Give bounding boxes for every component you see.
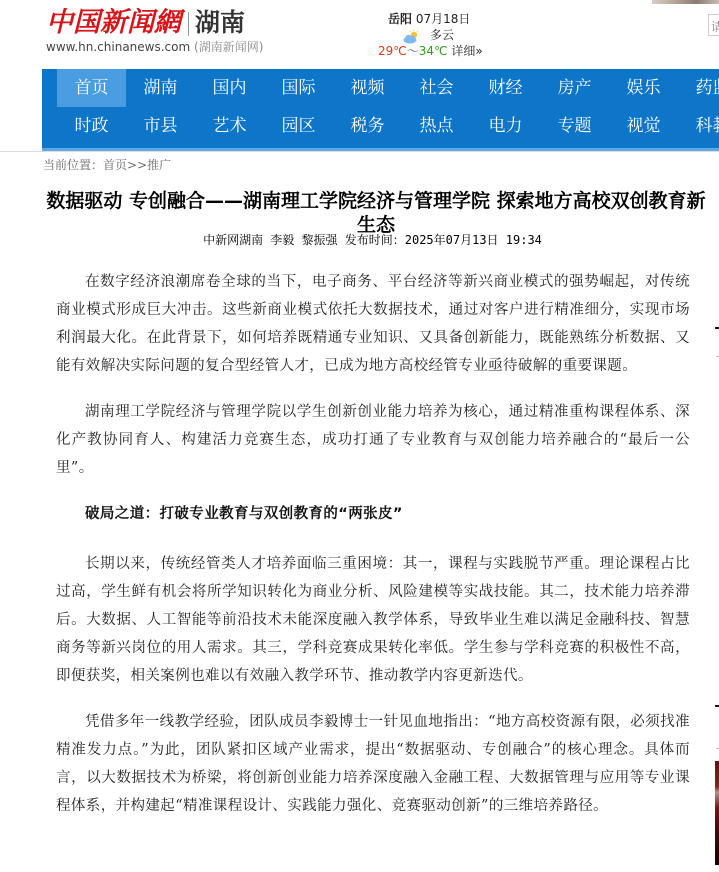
nav-item-finance[interactable]: 财经	[471, 69, 540, 107]
site-logo[interactable]: 中国新闻網 湖南 www.hn.chinanews.com (湖南新闻网)	[44, 6, 274, 58]
logo-url-suffix: (湖南新闻网)	[194, 40, 263, 54]
breadcrumb-home-link[interactable]: 首页	[103, 158, 127, 172]
breadcrumb-separator: >>	[127, 158, 147, 172]
nav-item-domestic[interactable]: 国内	[195, 69, 264, 107]
article-subheading: 破局之道：打破专业教育与双创教育的“两张皮”	[56, 500, 690, 528]
weather-range-separator: ～	[407, 44, 419, 58]
nav-item-society[interactable]: 社会	[402, 69, 471, 107]
main-nav: 首页 湖南 国内 国际 视频 社会 财经 房产 娱乐 药监 时政 市县 艺术 园…	[42, 69, 719, 151]
weather-low-temp: 29℃	[378, 44, 407, 58]
article-paragraph: 湖南理工学院经济与管理学院以学生创新创业能力培养为核心，通过精准重构课程体系、深…	[56, 398, 690, 482]
logo-divider	[188, 12, 189, 36]
weather-date: 07月18日	[416, 12, 471, 26]
nav-item-politics[interactable]: 时政	[57, 107, 126, 145]
article-paragraph: 长期以来，传统经管类人才培养面临三重困境：其一，课程与实践脱节严重。理论课程占比…	[56, 550, 690, 690]
breadcrumb: 当前位置：首页>>推广	[43, 157, 171, 173]
logo-brand: 中国新闻網	[46, 6, 181, 40]
nav-item-hot-topics[interactable]: 热点	[402, 107, 471, 145]
nav-item-arts[interactable]: 艺术	[195, 107, 264, 145]
sidebar-image-fragment[interactable]	[715, 761, 719, 865]
logo-url-domain: www.hn.chinanews.com	[46, 40, 190, 54]
search-input[interactable]: 请	[708, 14, 719, 36]
breadcrumb-label: 当前位置：	[43, 158, 103, 172]
logo-url: www.hn.chinanews.com (湖南新闻网)	[46, 40, 263, 54]
weather-high-temp: 34℃	[419, 44, 448, 58]
nav-item-real-estate[interactable]: 房产	[540, 69, 609, 107]
weather-city: 岳阳	[388, 12, 412, 26]
weather-detail-link[interactable]: 详细»	[451, 44, 482, 58]
logo-region: 湖南	[195, 6, 245, 40]
nav-item-visual[interactable]: 视觉	[609, 107, 678, 145]
breadcrumb-promotion-link[interactable]: 推广	[147, 158, 171, 172]
header-divider	[0, 151, 719, 152]
sidebar-fragment-mark	[715, 327, 719, 329]
nav-item-electric-power[interactable]: 电力	[471, 107, 540, 145]
header-banner-image-fragment	[652, 0, 719, 4]
sidebar-fragment-mark	[715, 705, 719, 707]
nav-item-international[interactable]: 国际	[264, 69, 333, 107]
article-title: 数据驱动 专创融合——湖南理工学院经济与管理学院 探索地方高校双创教育新生态	[40, 189, 712, 237]
nav-item-special-topics[interactable]: 专题	[540, 107, 609, 145]
weather-condition: 多云	[430, 28, 454, 43]
nav-item-parks[interactable]: 园区	[264, 107, 333, 145]
partly-cloudy-icon	[402, 30, 420, 44]
nav-item-taxation[interactable]: 税务	[333, 107, 402, 145]
article-meta: 中新网湖南 李毅 黎振强 发布时间：2025年07月13日 19:34	[0, 232, 719, 248]
weather-widget: 岳阳 07月18日 多云 29℃～34℃ 详细»	[378, 12, 498, 62]
nav-item-entertainment[interactable]: 娱乐	[609, 69, 678, 107]
article-body: 在数字经济浪潮席卷全球的当下，电子商务、平台经济等新兴商业模式的强势崛起，对传统…	[56, 268, 690, 838]
nav-item-home[interactable]: 首页	[57, 69, 126, 107]
article-paragraph: 在数字经济浪潮席卷全球的当下，电子商务、平台经济等新兴商业模式的强势崛起，对传统…	[56, 268, 690, 380]
nav-item-hunan[interactable]: 湖南	[126, 69, 195, 107]
nav-row-2: 时政 市县 艺术 园区 税务 热点 电力 专题 视觉 科教	[42, 107, 719, 145]
article-paragraph: 凭借多年一线教学经验，团队成员李毅博士一针见血地指出：“地方高校资源有限，必须找…	[56, 708, 690, 820]
nav-item-science-education[interactable]: 科教	[678, 107, 719, 145]
nav-row-1: 首页 湖南 国内 国际 视频 社会 财经 房产 娱乐 药监	[42, 69, 719, 107]
nav-item-counties[interactable]: 市县	[126, 107, 195, 145]
nav-item-video[interactable]: 视频	[333, 69, 402, 107]
nav-item-drug-regulation[interactable]: 药监	[678, 69, 719, 107]
